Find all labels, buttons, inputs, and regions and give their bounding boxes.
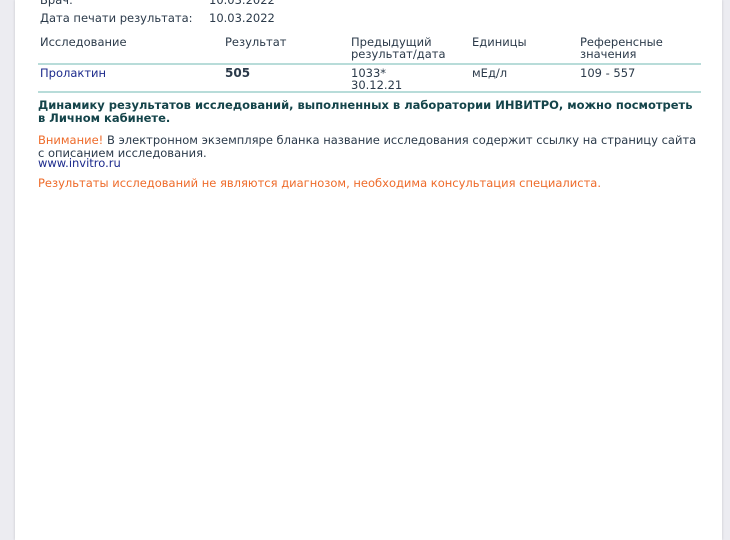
header-reference: Референсные значения <box>580 36 663 60</box>
lab-result-page: Врач: 10.03.2022 Дата печати результата:… <box>15 0 722 540</box>
previous-result: 1033* 30.12.21 <box>351 67 402 91</box>
print-date-value: 10.03.2022 <box>209 11 275 25</box>
reference-value: 109 - 557 <box>580 67 635 79</box>
table-row: Пролактин 505 1033* 30.12.21 мЕд/л 109 -… <box>38 65 701 93</box>
header-test: Исследование <box>40 36 127 48</box>
result-value: 505 <box>225 67 250 79</box>
attention-text: В электронном экземпляре бланка название… <box>38 133 696 160</box>
header-units: Единицы <box>472 36 527 48</box>
print-date-label: Дата печати результата: <box>40 11 193 25</box>
results-table-header: Исследование Результат Предыдущий резуль… <box>38 36 701 65</box>
header-reference-line2: значения <box>580 48 663 60</box>
header-result: Результат <box>225 36 287 48</box>
test-name-link[interactable]: Пролактин <box>40 67 106 79</box>
dynamics-note: Динамику результатов исследований, выпол… <box>38 99 703 124</box>
doctor-value: 10.03.2022 <box>209 0 275 7</box>
disclaimer-note: Результаты исследований не являются диаг… <box>38 176 601 190</box>
attention-note: Внимание! В электронном экземпляре бланк… <box>38 134 706 159</box>
invitro-site-link[interactable]: www.invitro.ru <box>38 156 121 170</box>
previous-date: 30.12.21 <box>351 79 402 91</box>
header-previous: Предыдущий результат/дата <box>351 36 446 60</box>
units-value: мЕд/л <box>472 67 507 79</box>
doctor-label: Врач: <box>40 0 73 7</box>
header-previous-line2: результат/дата <box>351 48 446 60</box>
